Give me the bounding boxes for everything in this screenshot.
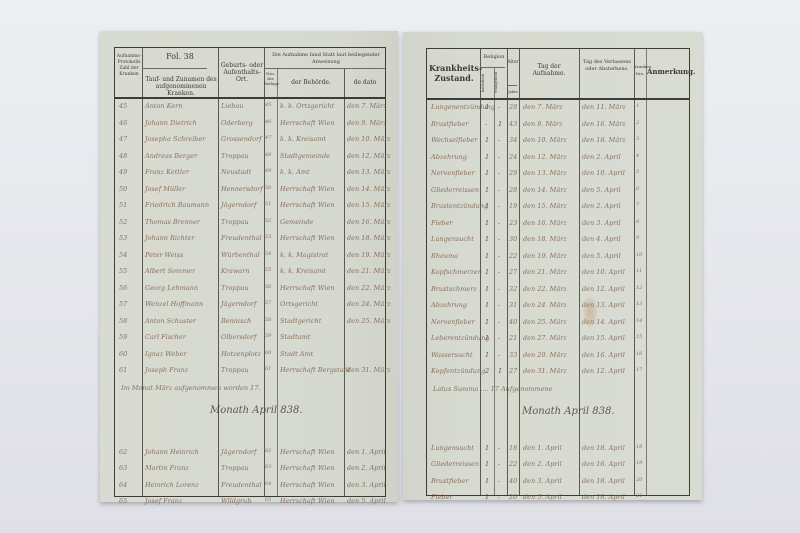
admission-date: den 10. März [347, 135, 391, 143]
patient-name: Josef Franz [145, 497, 182, 505]
attachment-number: 62 [265, 448, 271, 454]
discharge-day: den 12. April [582, 285, 625, 293]
authority: Herrschaft Wien [280, 234, 335, 242]
patient-name: Anton Kern [145, 102, 182, 110]
row-number: 52 [119, 218, 127, 226]
ward-number: 5 [636, 169, 639, 175]
protestant-count: - [498, 153, 500, 161]
admission-day: den 24. März [523, 301, 567, 309]
authority: Herrschaft Bergstadt [280, 366, 350, 374]
admission-day: den 25. März [523, 318, 567, 326]
catholic-count: 1 [485, 460, 489, 468]
row-number: 53 [119, 234, 127, 242]
discharge-day: den 16. März [582, 120, 626, 128]
attachment-number: 45 [265, 102, 271, 108]
patient-name: Georg Lehmann [145, 284, 198, 292]
discharge-day: den 3. April [582, 219, 621, 227]
condition: Abzehrung [431, 301, 467, 309]
patient-name: Joseph Franz [145, 366, 188, 374]
discharge-day: den 12. April [582, 367, 625, 375]
admission-date: den 5. April [347, 497, 386, 505]
admission-date: den 3. April [347, 481, 386, 489]
condition: Rheuma [431, 252, 458, 260]
protestant-count: 1 [498, 367, 502, 375]
header-age-years: Jahre [507, 89, 519, 96]
header-admission-number: Aufnahms-Protokolls Zahl der Kranken [116, 54, 142, 78]
condition: Lungensucht [431, 235, 474, 243]
protestant-count: 1 [498, 120, 502, 128]
admission-date: den 24. März [347, 300, 391, 308]
admission-date: den 13. März [347, 168, 391, 176]
age: 20 [509, 493, 517, 501]
patient-name: Ignaz Weber [145, 350, 186, 358]
row-number: 50 [119, 185, 127, 193]
month-summary: Im Monat März aufgenommen worden 17. [121, 384, 260, 392]
protestant-count: - [498, 285, 500, 293]
admission-date: den 16. März [347, 218, 391, 226]
authority: k. k. Amt [280, 168, 310, 176]
birthplace: Troppau [221, 366, 249, 374]
protestant-count: - [498, 136, 500, 144]
condition: Fieber [431, 219, 453, 227]
ward-number: 18 [636, 444, 642, 450]
discharge-day: den 18. April [582, 477, 625, 485]
admission-date: den 7. März [347, 102, 387, 110]
birthplace: Freudenthal [221, 481, 262, 489]
condition: Lungensucht [431, 444, 474, 452]
discharge-day: den 18. April [582, 444, 625, 452]
admission-day: den 10. März [523, 136, 567, 144]
condition: Brustschmerz [431, 285, 477, 293]
admission-date: den 18. März [347, 234, 391, 242]
birthplace: Hotzenplotz [221, 350, 261, 358]
attachment-number: 49 [265, 168, 271, 174]
authority: Herrschaft Wien [280, 497, 335, 505]
patient-name: Josepha Schreiber [145, 135, 205, 143]
admission-date: den 14. März [347, 185, 391, 193]
row-number: 56 [119, 284, 127, 292]
catholic-count: 1 [485, 103, 489, 111]
row-number: 48 [119, 152, 127, 160]
discharge-day: den 4. April [582, 235, 621, 243]
discharge-day: den 2. April [582, 153, 621, 161]
condition: Leberentzündung [431, 334, 489, 342]
attachment-number: 65 [265, 497, 271, 503]
birthplace: Jägerndorf [221, 201, 256, 209]
protestant-count: - [498, 444, 500, 452]
admission-day: den 1. April [523, 444, 562, 452]
authority: Stadtgemeinde [280, 152, 330, 160]
condition: Gliederreissen [431, 460, 479, 468]
admission-day: den 2. April [523, 460, 562, 468]
age: 29 [509, 169, 517, 177]
birthplace: Bennisch [221, 317, 251, 325]
authority: Herrschaft Wien [280, 201, 335, 209]
catholic-count: 1 [485, 493, 489, 501]
authority: Gemeinde [280, 218, 313, 226]
condition: Wechselfieber [431, 136, 477, 144]
patient-name: Anton Schuster [145, 317, 196, 325]
condition: Brustfieber [431, 120, 468, 128]
condition: Gliederreissen [431, 186, 479, 194]
age: 31 [509, 301, 517, 309]
ward-number: 13 [636, 301, 642, 307]
catholic-count: 1 [485, 477, 489, 485]
discharge-day: den 18. April [582, 493, 625, 501]
admission-date: den 19. März [347, 251, 391, 259]
header-discharge-day: Tag des Verlassens oder Absterbens. [580, 59, 634, 73]
right-page: Krankheits-Zustand. Religion katholisch … [403, 32, 702, 500]
row-number: 57 [119, 300, 127, 308]
discharge-day: den 2. April [582, 202, 621, 210]
row-number: 49 [119, 168, 127, 176]
attachment-number: 51 [265, 201, 271, 207]
attachment-number: 60 [265, 350, 271, 356]
left-page: Aufnahms-Protokolls Zahl der Kranken Fol… [100, 31, 398, 502]
protestant-count: - [498, 186, 500, 194]
catholic-count: 1 [485, 351, 489, 359]
admission-date: den 31. März [347, 366, 391, 374]
age: 40 [509, 318, 517, 326]
catholic-count: 1 [485, 153, 489, 161]
birthplace: Jägerndorf [221, 448, 256, 456]
age: 22 [509, 252, 517, 260]
attachment-number: 58 [265, 317, 271, 323]
age: 34 [509, 136, 517, 144]
age: 27 [509, 367, 517, 375]
catholic-count: 1 [485, 169, 489, 177]
age: 43 [509, 120, 517, 128]
patient-name: Martin Franz [145, 464, 189, 472]
condition: Nervenfieber [431, 318, 475, 326]
authority: Herrschaft Wien [280, 119, 335, 127]
birthplace: Troppau [221, 152, 249, 160]
admission-day: den 14. März [523, 186, 567, 194]
authority: Herrschaft Wien [280, 284, 335, 292]
row-number: 54 [119, 251, 127, 259]
protestant-count: - [498, 103, 500, 111]
admission-day: den 7. März [523, 103, 563, 111]
birthplace: Troppau [221, 284, 249, 292]
row-number: 61 [119, 366, 127, 374]
ward-number: 4 [636, 153, 639, 159]
protestant-count: - [498, 460, 500, 468]
birthplace: Olbersdorf [221, 333, 256, 341]
header-condition: Krankheits-Zustand. [429, 63, 479, 83]
ward-number: 21 [636, 493, 642, 499]
ward-number: 19 [636, 460, 642, 466]
admission-date: den 1. April [347, 448, 386, 456]
patient-name: Heinrich Lorenz [145, 481, 199, 489]
admission-day: den 16. März [523, 219, 567, 227]
admission-day: den 9. März [523, 120, 563, 128]
discharge-day: den 11. März [582, 103, 626, 111]
month-heading: Monath April 838. [210, 405, 303, 416]
discharge-day: den 5. April [582, 186, 621, 194]
authority: Herrschaft Wien [280, 448, 335, 456]
row-number: 64 [119, 481, 127, 489]
attachment-number: 64 [265, 481, 271, 487]
row-number: 62 [119, 448, 127, 456]
age: 40 [509, 477, 517, 485]
header-remarks: Anmerkung. [647, 67, 691, 77]
catholic-count: 1 [485, 318, 489, 326]
attachment-number: 57 [265, 300, 271, 306]
protestant-count: - [498, 334, 500, 342]
header-name: Tauf- und Zunamen des aufgenommenen Kran… [145, 76, 217, 97]
discharge-day: den 15. April [582, 334, 625, 342]
protestant-count: - [498, 477, 500, 485]
birthplace: Troppau [221, 218, 249, 226]
left-register-table: Aufnahms-Protokolls Zahl der Kranken Fol… [114, 47, 386, 497]
discharge-day: den 5. April [582, 252, 621, 260]
attachment-number: 47 [265, 135, 271, 141]
catholic-count: 1 [485, 301, 489, 309]
condition: Fieber [431, 493, 453, 501]
protestant-count: - [498, 169, 500, 177]
admission-day: den 31. März [523, 367, 567, 375]
ward-number: 9 [636, 235, 639, 241]
ward-number: 12 [636, 285, 642, 291]
row-number: 45 [119, 102, 127, 110]
attachment-number: 50 [265, 185, 271, 191]
birthplace: Troppau [221, 464, 249, 472]
age: 22 [509, 460, 517, 468]
discharge-day: den 16. April [582, 460, 625, 468]
catholic-count: - [485, 120, 487, 128]
condition: Brustentzündung [431, 202, 488, 210]
header-attachment-number: Nro. der Beilage [264, 71, 277, 86]
condition: Kopfschmerzen [431, 268, 482, 276]
patient-name: Johann Richter [145, 234, 194, 242]
birthplace: Würbenthal [221, 251, 260, 259]
condition: Abzehrung [431, 153, 467, 161]
admission-day: den 19. März [523, 252, 567, 260]
birthplace: Grossendorf [221, 135, 262, 143]
header-date: de dato [345, 79, 385, 86]
attachment-number: 52 [265, 218, 271, 224]
patient-name: Peter Weiss [145, 251, 183, 259]
protestant-count: - [498, 318, 500, 326]
header-authority: der Behörde. [278, 79, 344, 86]
catholic-count: 1 [485, 252, 489, 260]
ward-number: 3 [636, 136, 639, 142]
age: 28 [509, 186, 517, 194]
row-number: 55 [119, 267, 127, 275]
protestant-count: - [498, 493, 500, 501]
row-number: 47 [119, 135, 127, 143]
catholic-count: 1 [485, 136, 489, 144]
patient-name: Johann Dietrich [145, 119, 197, 127]
protestant-count: - [498, 351, 500, 359]
admission-day: den 18. März [523, 235, 567, 243]
admission-day: den 13. März [523, 169, 567, 177]
admission-day: den 21. März [523, 268, 567, 276]
condition: Kopfentzündung [431, 367, 485, 375]
admission-date: den 9. März [347, 119, 387, 127]
catholic-count: 1 [485, 444, 489, 452]
authority: Ortsgericht [280, 300, 318, 308]
discharge-day: den 16. April [582, 351, 625, 359]
birthplace: Jägerndorf [221, 300, 256, 308]
header-catholic: katholisch [481, 71, 494, 95]
ward-number: 15 [636, 334, 642, 340]
ward-number: 16 [636, 351, 642, 357]
attachment-number: 56 [265, 284, 271, 290]
header-protestant: evangelisch [494, 71, 507, 95]
row-number: 59 [119, 333, 127, 341]
authority: k. k. Magistrat [280, 251, 328, 259]
protestant-count: - [498, 235, 500, 243]
admission-day: den 27. März [523, 334, 567, 342]
patient-name: Albert Sommer [145, 267, 195, 275]
row-number: 65 [119, 497, 127, 505]
catholic-count: 1 [485, 268, 489, 276]
row-number: 58 [119, 317, 127, 325]
age: 28 [509, 103, 517, 111]
age: 18 [509, 444, 517, 452]
protestant-count: - [498, 268, 500, 276]
birthplace: Krawarn [221, 267, 250, 275]
age: 32 [509, 285, 517, 293]
page-summary: Latus Summa .... 17 Aufgenommene [433, 385, 553, 393]
catholic-count: 1 [485, 334, 489, 342]
authority: k. k. Kreisamt [280, 135, 326, 143]
header-birthplace: Geburts- oder Aufenthalts-Ort. [220, 62, 264, 83]
ward-number: 10 [636, 252, 642, 258]
patient-name: Carl Fischer [145, 333, 186, 341]
birthplace: Freudenthal [221, 234, 262, 242]
catholic-count: 1 [485, 285, 489, 293]
attachment-number: 55 [265, 267, 271, 273]
catholic-count: 1 [485, 235, 489, 243]
discharge-day: den 10. April [582, 268, 625, 276]
birthplace: Neustadt [221, 168, 251, 176]
authority: Stadtgericht [280, 317, 321, 325]
admission-day: den 5. April [523, 493, 562, 501]
ward-number: 6 [636, 186, 639, 192]
patient-name: Johann Heinrich [145, 448, 199, 456]
month-heading: Monath April 838. [522, 406, 615, 417]
attachment-number: 46 [265, 119, 271, 125]
patient-name: Franz Kettler [145, 168, 189, 176]
patient-name: Josef Müller [145, 185, 185, 193]
discharge-day: den 18. März [582, 136, 626, 144]
attachment-number: 63 [265, 464, 271, 470]
catholic-count: 1 [485, 202, 489, 210]
admission-date: den 21. März [347, 267, 391, 275]
folio-label: Fol. 38 [145, 52, 215, 62]
attachment-number: 59 [265, 333, 271, 339]
admission-day: den 29. März [523, 351, 567, 359]
admission-day: den 3. April [523, 477, 562, 485]
admission-day: den 22. März [523, 285, 567, 293]
age: 24 [509, 153, 517, 161]
header-religion: Religion [481, 54, 507, 61]
authority: Herrschaft Wien [280, 481, 335, 489]
header-admission-day: Tag der Aufnahme. [521, 63, 577, 77]
birthplace: Oderberg [221, 119, 253, 127]
patient-name: Thomas Brenner [145, 218, 200, 226]
authority: k. k. Ortsgericht [280, 102, 334, 110]
ward-number: 17 [636, 367, 642, 373]
paper-stain [583, 297, 597, 327]
age: 21 [509, 334, 517, 342]
ward-number: 14 [636, 318, 642, 324]
admission-date: den 22. März [347, 284, 391, 292]
ward-number: 20 [636, 477, 642, 483]
authority: Stadt Amt [280, 350, 313, 358]
catholic-count: 1 [485, 219, 489, 227]
ward-number: 11 [636, 268, 642, 274]
ward-number: 8 [636, 219, 639, 225]
catholic-count: 1 [485, 186, 489, 194]
protestant-count: - [498, 219, 500, 227]
birthplace: Liebau [221, 102, 243, 110]
catholic-count: 2 [485, 367, 489, 375]
admission-date: den 25. März [347, 317, 391, 325]
admission-day: den 15. März [523, 202, 567, 210]
row-number: 60 [119, 350, 127, 358]
attachment-number: 48 [265, 152, 271, 158]
age: 27 [509, 268, 517, 276]
authority: Stadtamt [280, 333, 310, 341]
ward-number: 7 [636, 202, 639, 208]
age: 23 [509, 219, 517, 227]
row-number: 63 [119, 464, 127, 472]
ward-number: 2 [636, 120, 639, 126]
admission-date: den 12. März [347, 152, 391, 160]
attachment-number: 53 [265, 234, 271, 240]
patient-name: Andreas Berger [145, 152, 197, 160]
birthplace: Wildgrub [221, 497, 252, 505]
protestant-count: - [498, 202, 500, 210]
condition: Brustfieber [431, 477, 468, 485]
age: 30 [509, 235, 517, 243]
patient-name: Friedrich Baumann [145, 201, 209, 209]
condition: Nervenfieber [431, 169, 475, 177]
birthplace: Hennersdorf [221, 185, 263, 193]
authority: k. k. Kreisamt [280, 267, 326, 275]
age: 33 [509, 351, 517, 359]
right-register-table: Krankheits-Zustand. Religion katholisch … [426, 48, 690, 496]
patient-name: Wenzel Hoffmann [145, 300, 203, 308]
age: 19 [509, 202, 517, 210]
condition: Wassersucht [431, 351, 473, 359]
attachment-number: 61 [265, 366, 271, 372]
admission-date: den 15. März [347, 201, 391, 209]
authority: Herrschaft Wien [280, 185, 335, 193]
row-number: 51 [119, 201, 127, 209]
admission-date: den 2. April [347, 464, 386, 472]
protestant-count: - [498, 252, 500, 260]
header-admission-group: Die Aufnahme fand Statt laut beiliegende… [265, 52, 387, 66]
header-ward-number: Kranken Nro. [634, 63, 646, 77]
discharge-day: den 10. April [582, 169, 625, 177]
ward-number: 1 [636, 103, 639, 109]
header-age: Alter [507, 59, 519, 66]
row-number: 46 [119, 119, 127, 127]
admission-day: den 12. März [523, 153, 567, 161]
authority: Herrschaft Wien [280, 464, 335, 472]
attachment-number: 54 [265, 251, 271, 257]
protestant-count: - [498, 301, 500, 309]
